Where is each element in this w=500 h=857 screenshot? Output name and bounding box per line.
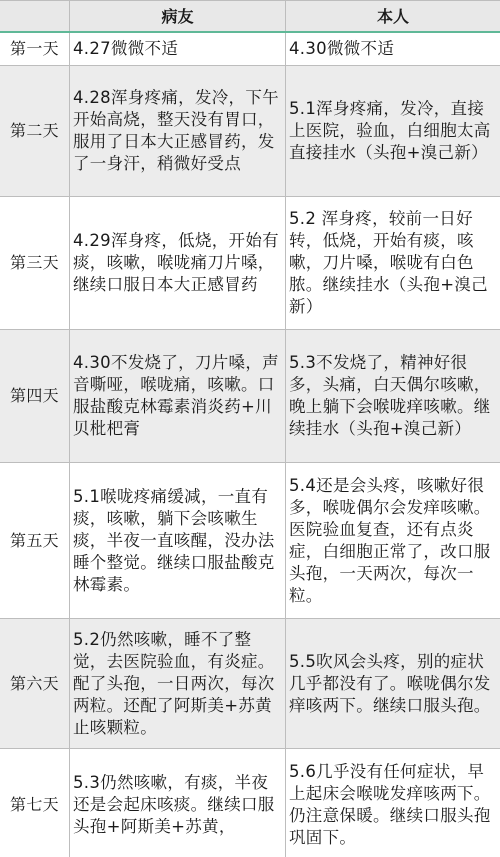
friend-cell: 5.3仍然咳嗽，有痰，半夜还是会起床咳痰。继续口服头孢+阿斯美+苏黄，: [70, 749, 286, 857]
self-cell: 5.4还是会头疼，咳嗽好很多，喉咙偶尔会发痒咳嗽。医院验血复查，还有点炎症，白细…: [286, 463, 500, 619]
self-cell: 5.3不发烧了，精神好很多，头痛，白天偶尔咳嗽，晚上躺下会喉咙痒咳嗽。继续挂水（…: [286, 330, 500, 463]
header-day: [0, 1, 70, 32]
self-cell: 4.30微微不适: [286, 32, 500, 66]
header-row: 病友 本人: [0, 1, 500, 32]
day-cell: 第四天: [0, 330, 70, 463]
day-cell: 第二天: [0, 66, 70, 197]
table-header: 病友 本人: [0, 1, 500, 32]
table-body: 第一天 4.27微微不适 4.30微微不适 第二天 4.28浑身疼痛，发冷，下午…: [0, 32, 500, 857]
friend-cell: 5.2仍然咳嗽，睡不了整觉，去医院验血，有炎症。配了头孢，一日两次，每次两粒。还…: [70, 619, 286, 749]
table-row: 第六天 5.2仍然咳嗽，睡不了整觉，去医院验血，有炎症。配了头孢，一日两次，每次…: [0, 619, 500, 749]
table-row: 第一天 4.27微微不适 4.30微微不适: [0, 32, 500, 66]
self-cell: 5.5吹风会头疼，别的症状几乎都没有了。喉咙偶尔发痒咳两下。继续口服头孢。: [286, 619, 500, 749]
day-cell: 第五天: [0, 463, 70, 619]
day-cell: 第七天: [0, 749, 70, 857]
header-self: 本人: [286, 1, 500, 32]
day-cell: 第三天: [0, 197, 70, 330]
symptom-comparison-table: 病友 本人 第一天 4.27微微不适 4.30微微不适 第二天 4.28浑身疼痛…: [0, 0, 500, 857]
table-row: 第七天 5.3仍然咳嗽，有痰，半夜还是会起床咳痰。继续口服头孢+阿斯美+苏黄， …: [0, 749, 500, 857]
friend-cell: 4.29浑身疼，低烧，开始有痰，咳嗽，喉咙痛刀片嗓，继续口服日本大正感冒药: [70, 197, 286, 330]
table-row: 第五天 5.1喉咙疼痛缓减，一直有痰，咳嗽，躺下会咳嗽生痰，半夜一直咳醒，没办法…: [0, 463, 500, 619]
table-row: 第四天 4.30不发烧了，刀片嗓，声音嘶哑，喉咙痛，咳嗽。口服盐酸克林霉素消炎药…: [0, 330, 500, 463]
day-cell: 第六天: [0, 619, 70, 749]
friend-cell: 4.30不发烧了，刀片嗓，声音嘶哑，喉咙痛，咳嗽。口服盐酸克林霉素消炎药+川贝枇…: [70, 330, 286, 463]
self-cell: 5.2 浑身疼，较前一日好转，低烧，开始有痰，咳嗽，刀片嗓，喉咙有白色脓。继续挂…: [286, 197, 500, 330]
friend-cell: 4.27微微不适: [70, 32, 286, 66]
friend-cell: 5.1喉咙疼痛缓减，一直有痰，咳嗽，躺下会咳嗽生痰，半夜一直咳醒，没办法睡个整觉…: [70, 463, 286, 619]
table-row: 第三天 4.29浑身疼，低烧，开始有痰，咳嗽，喉咙痛刀片嗓，继续口服日本大正感冒…: [0, 197, 500, 330]
self-cell: 5.1浑身疼痛，发冷，直接上医院，验血，白细胞太高直接挂水（头孢+溴己新）: [286, 66, 500, 197]
friend-cell: 4.28浑身疼痛，发冷，下午开始高烧，整天没有胃口，服用了日本大正感冒药，发了一…: [70, 66, 286, 197]
header-friend: 病友: [70, 1, 286, 32]
self-cell: 5.6几乎没有任何症状，早上起床会喉咙发痒咳两下。仍注意保暖。继续口服头孢巩固下…: [286, 749, 500, 857]
day-cell: 第一天: [0, 32, 70, 66]
table-row: 第二天 4.28浑身疼痛，发冷，下午开始高烧，整天没有胃口，服用了日本大正感冒药…: [0, 66, 500, 197]
